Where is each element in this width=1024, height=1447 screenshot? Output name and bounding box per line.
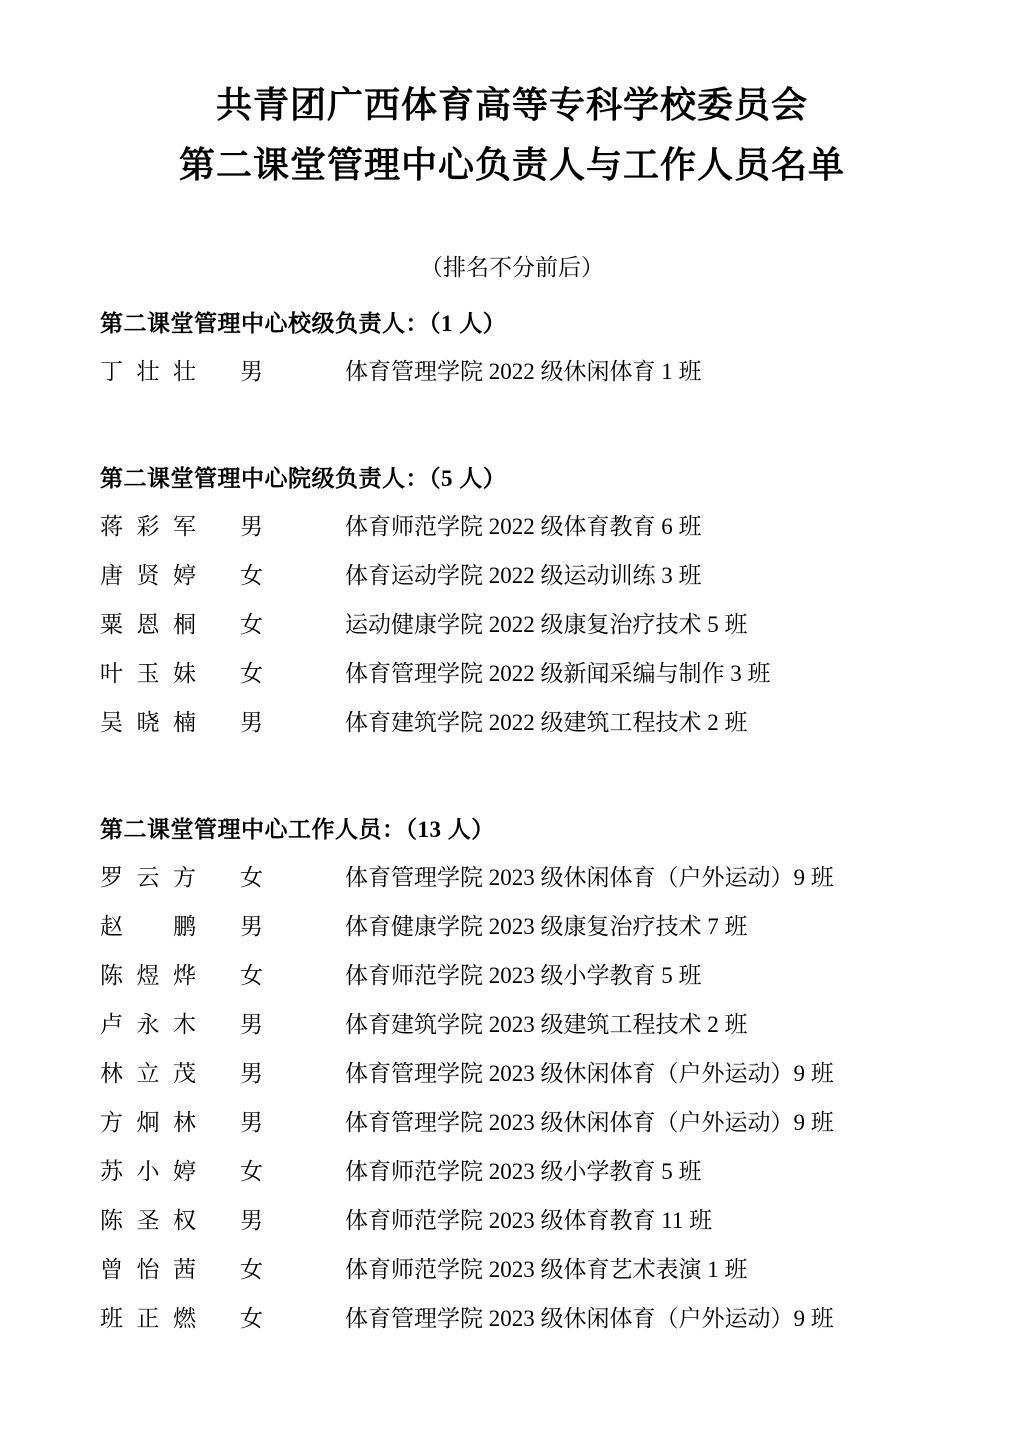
person-row: 班正燃 女 体育管理学院 2023 级休闲体育（户外运动）9 班: [100, 1304, 964, 1334]
person-class: 体育运动学院 2022 级运动训练 3 班: [345, 561, 702, 591]
person-row: 罗云方 女 体育管理学院 2023 级休闲体育（户外运动）9 班: [100, 863, 964, 893]
person-class: 体育管理学院 2023 级休闲体育（户外运动）9 班: [345, 1108, 834, 1138]
section-heading-college-level: 第二课堂管理中心院级负责人：（5 人）: [100, 464, 964, 494]
person-gender: 女: [240, 610, 263, 640]
person-row: 丁壮壮 男 体育管理学院 2022 级休闲体育 1 班: [100, 357, 964, 387]
person-name: 赵鹏: [100, 912, 196, 942]
person-gender: 男: [240, 357, 263, 387]
person-row: 方炯林 男 体育管理学院 2023 级休闲体育（户外运动）9 班: [100, 1108, 964, 1138]
person-name: 陈圣权: [100, 1206, 196, 1236]
person-row: 蒋彩军 男 体育师范学院 2022 级体育教育 6 班: [100, 512, 964, 542]
person-class: 运动健康学院 2022 级康复治疗技术 5 班: [345, 610, 748, 640]
person-gender: 女: [240, 659, 263, 689]
person-row: 林立茂 男 体育管理学院 2023 级休闲体育（户外运动）9 班: [100, 1059, 964, 1089]
person-name: 曾怡茜: [100, 1255, 196, 1285]
person-gender: 女: [240, 1255, 263, 1285]
person-row: 唐贤婷 女 体育运动学院 2022 级运动训练 3 班: [100, 561, 964, 591]
person-class: 体育管理学院 2023 级休闲体育（户外运动）9 班: [345, 1304, 834, 1334]
person-row: 陈圣权 男 体育师范学院 2023 级体育教育 11 班: [100, 1206, 964, 1236]
person-name: 方炯林: [100, 1108, 196, 1138]
title-line-1: 共青团广西体育高等专科学校委员会: [0, 82, 1024, 128]
person-gender: 男: [240, 708, 263, 738]
person-row: 粟恩桐 女 运动健康学院 2022 级康复治疗技术 5 班: [100, 610, 964, 640]
document-page: 共青团广西体育高等专科学校委员会 第二课堂管理中心负责人与工作人员名单 （排名不…: [0, 0, 1024, 1447]
person-name: 苏小婷: [100, 1157, 196, 1187]
person-row: 苏小婷 女 体育师范学院 2023 级小学教育 5 班: [100, 1157, 964, 1187]
person-name: 唐贤婷: [100, 561, 196, 591]
person-row: 陈煜烨 女 体育师范学院 2023 级小学教育 5 班: [100, 961, 964, 991]
person-gender: 女: [240, 1157, 263, 1187]
document-body: 第二课堂管理中心校级负责人：（1 人） 丁壮壮 男 体育管理学院 2022 级休…: [100, 309, 964, 1334]
person-class: 体育健康学院 2023 级康复治疗技术 7 班: [345, 912, 748, 942]
person-class: 体育管理学院 2022 级休闲体育 1 班: [345, 357, 702, 387]
person-class: 体育建筑学院 2022 级建筑工程技术 2 班: [345, 708, 748, 738]
person-class: 体育管理学院 2022 级新闻采编与制作 3 班: [345, 659, 771, 689]
person-class: 体育师范学院 2022 级体育教育 6 班: [345, 512, 702, 542]
person-class: 体育师范学院 2023 级小学教育 5 班: [345, 1157, 702, 1187]
section-heading-staff: 第二课堂管理中心工作人员：（13 人）: [100, 815, 964, 845]
title-line-2: 第二课堂管理中心负责人与工作人员名单: [0, 142, 1024, 188]
person-class: 体育建筑学院 2023 级建筑工程技术 2 班: [345, 1010, 748, 1040]
document-title: 共青团广西体育高等专科学校委员会 第二课堂管理中心负责人与工作人员名单: [0, 0, 1024, 188]
person-row: 叶玉妹 女 体育管理学院 2022 级新闻采编与制作 3 班: [100, 659, 964, 689]
person-gender: 男: [240, 1206, 263, 1236]
person-name: 叶玉妹: [100, 659, 196, 689]
person-name: 卢永木: [100, 1010, 196, 1040]
person-name: 丁壮壮: [100, 357, 196, 387]
person-gender: 男: [240, 1108, 263, 1138]
section-heading-school-level: 第二课堂管理中心校级负责人：（1 人）: [100, 309, 964, 339]
person-class: 体育师范学院 2023 级小学教育 5 班: [345, 961, 702, 991]
person-name: 吴晓楠: [100, 708, 196, 738]
person-gender: 男: [240, 512, 263, 542]
person-class: 体育师范学院 2023 级体育教育 11 班: [345, 1206, 712, 1236]
person-name: 林立茂: [100, 1059, 196, 1089]
person-class: 体育师范学院 2023 级体育艺术表演 1 班: [345, 1255, 748, 1285]
person-gender: 男: [240, 912, 263, 942]
person-gender: 男: [240, 1010, 263, 1040]
person-gender: 女: [240, 961, 263, 991]
person-row: 赵鹏 男 体育健康学院 2023 级康复治疗技术 7 班: [100, 912, 964, 942]
person-name: 粟恩桐: [100, 610, 196, 640]
person-row: 吴晓楠 男 体育建筑学院 2022 级建筑工程技术 2 班: [100, 708, 964, 738]
person-name: 蒋彩军: [100, 512, 196, 542]
person-class: 体育管理学院 2023 级休闲体育（户外运动）9 班: [345, 1059, 834, 1089]
person-gender: 男: [240, 1059, 263, 1089]
person-name: 陈煜烨: [100, 961, 196, 991]
person-name: 班正燃: [100, 1304, 196, 1334]
person-row: 曾怡茜 女 体育师范学院 2023 级体育艺术表演 1 班: [100, 1255, 964, 1285]
person-row: 卢永木 男 体育建筑学院 2023 级建筑工程技术 2 班: [100, 1010, 964, 1040]
ranking-note: （排名不分前后）: [0, 253, 1024, 283]
person-gender: 女: [240, 561, 263, 591]
person-gender: 女: [240, 863, 263, 893]
person-name: 罗云方: [100, 863, 196, 893]
person-gender: 女: [240, 1304, 263, 1334]
person-class: 体育管理学院 2023 级休闲体育（户外运动）9 班: [345, 863, 834, 893]
